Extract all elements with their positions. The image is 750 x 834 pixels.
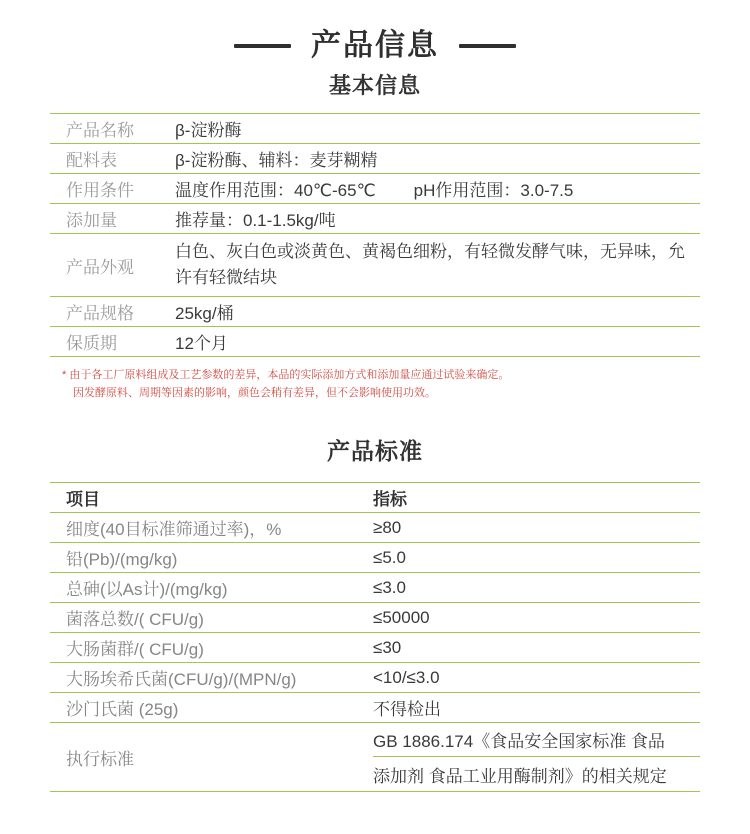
standards-header-row: 项目 指标 — [50, 482, 700, 512]
spec-cell: ≤3.0 — [373, 578, 406, 598]
table-row-total-bacteria: 菌落总数/( CFU/g) ≤50000 — [50, 602, 700, 632]
row-label: 产品外观 — [50, 253, 175, 278]
spec-cell: ≤50000 — [373, 608, 430, 628]
item-cell: 执行标准 — [50, 745, 373, 770]
row-label: 保质期 — [50, 329, 175, 354]
table-row-appearance: 产品外观 白色、灰白色或淡黄色、黄褐色细粉，有轻微发酵气味，无异味，允许有轻微结… — [50, 233, 700, 296]
table-row-conditions: 作用条件 温度作用范围：40℃-65℃pH作用范围：3.0-7.5 — [50, 173, 700, 203]
section-heading-standards: 产品标准 — [0, 438, 750, 464]
basic-info-table: 产品名称 β-淀粉酶 配料表 β-淀粉酶、辅料：麦芽糊精 作用条件 温度作用范围… — [50, 113, 700, 357]
row-value: 推荐量：0.1-1.5kg/吨 — [175, 206, 342, 231]
table-row-arsenic: 总砷(以As计)/(mg/kg) ≤3.0 — [50, 572, 700, 602]
table-row-fineness: 细度(40目标准筛通过率)，% ≥80 — [50, 512, 700, 542]
row-value: β-淀粉酶 — [175, 116, 247, 141]
standards-table: 项目 指标 细度(40目标准筛通过率)，% ≥80 铅(Pb)/(mg/kg) … — [50, 482, 700, 792]
product-note: * 由于各工厂原料组成及工艺参数的差异，本品的实际添加方式和添加量应通过试验来确… — [50, 366, 700, 402]
row-value: 温度作用范围：40℃-65℃pH作用范围：3.0-7.5 — [175, 176, 579, 201]
title-dash-left — [234, 44, 291, 48]
row-value: 12个月 — [175, 329, 234, 354]
temp-range: 温度作用范围：40℃-65℃ — [175, 181, 376, 200]
row-label: 产品名称 — [50, 116, 175, 141]
exec-standard-spec-line1: GB 1886.174《食品安全国家标准 食品 — [373, 723, 700, 757]
section-heading-basic: 基本信息 — [0, 74, 750, 98]
note-asterisk: * — [62, 369, 66, 381]
item-cell: 细度(40目标准筛通过率)，% — [50, 515, 373, 540]
note-line-2: 因发酵原料、周期等因素的影响，颜色会稍有差异，但不会影响使用功效。 — [62, 384, 700, 402]
table-row-exec-standard: 执行标准 GB 1886.174《食品安全国家标准 食品 添加剂 食品工业用酶制… — [50, 722, 700, 791]
note-text-1: 由于各工厂原料组成及工艺参数的差异，本品的实际添加方式和添加量应通过试验来确定。 — [69, 369, 509, 381]
spec-cell: ≥80 — [373, 518, 401, 538]
item-cell: 总砷(以As计)/(mg/kg) — [50, 575, 373, 600]
item-cell: 大肠埃希氏菌(CFU/g)/(MPN/g) — [50, 665, 373, 690]
ph-range: pH作用范围：3.0-7.5 — [414, 181, 574, 200]
spec-cell: ≤5.0 — [373, 548, 406, 568]
item-cell: 菌落总数/( CFU/g) — [50, 605, 373, 630]
row-value: β-淀粉酶、辅料：麦芽糊精 — [175, 146, 383, 171]
table-row-shelf-life: 保质期 12个月 — [50, 326, 700, 356]
row-label: 添加量 — [50, 206, 175, 231]
table-row-ecoli: 大肠埃希氏菌(CFU/g)/(MPN/g) <10/≤3.0 — [50, 662, 700, 692]
spec-cell: ≤30 — [373, 638, 401, 658]
table-row-product-name: 产品名称 β-淀粉酶 — [50, 113, 700, 143]
column-header-item: 项目 — [50, 485, 373, 510]
spec-cell-multiline: GB 1886.174《食品安全国家标准 食品 添加剂 食品工业用酶制剂》的相关… — [373, 723, 700, 791]
column-header-spec: 指标 — [373, 485, 407, 510]
item-cell: 沙门氏菌 (25g) — [50, 695, 373, 720]
title-dash-right — [459, 44, 516, 48]
row-label: 产品规格 — [50, 299, 175, 324]
table-row-ingredients: 配料表 β-淀粉酶、辅料：麦芽糊精 — [50, 143, 700, 173]
exec-standard-spec-line2: 添加剂 食品工业用酶制剂》的相关规定 — [373, 757, 700, 791]
page-title-text: 产品信息 — [311, 28, 439, 64]
table-row-dosage: 添加量 推荐量：0.1-1.5kg/吨 — [50, 203, 700, 233]
page-title: 产品信息 — [0, 0, 750, 64]
table-row-salmonella: 沙门氏菌 (25g) 不得检出 — [50, 692, 700, 722]
item-cell: 铅(Pb)/(mg/kg) — [50, 545, 373, 570]
note-line-1: * 由于各工厂原料组成及工艺参数的差异，本品的实际添加方式和添加量应通过试验来确… — [62, 366, 700, 384]
table-row-coliform: 大肠菌群/( CFU/g) ≤30 — [50, 632, 700, 662]
row-label: 配料表 — [50, 146, 175, 171]
row-value: 白色、灰白色或淡黄色、黄褐色细粉，有轻微发酵气味，无异味，允许有轻微结块 — [175, 234, 700, 296]
table-row-lead: 铅(Pb)/(mg/kg) ≤5.0 — [50, 542, 700, 572]
product-info-page: 产品信息 基本信息 产品名称 β-淀粉酶 配料表 β-淀粉酶、辅料：麦芽糊精 作… — [0, 0, 750, 834]
item-cell: 大肠菌群/( CFU/g) — [50, 635, 373, 660]
table-row-spec: 产品规格 25kg/桶 — [50, 296, 700, 326]
spec-cell: <10/≤3.0 — [373, 668, 440, 688]
row-value: 25kg/桶 — [175, 299, 240, 324]
spec-cell: 不得检出 — [373, 695, 441, 720]
row-label: 作用条件 — [50, 176, 175, 201]
